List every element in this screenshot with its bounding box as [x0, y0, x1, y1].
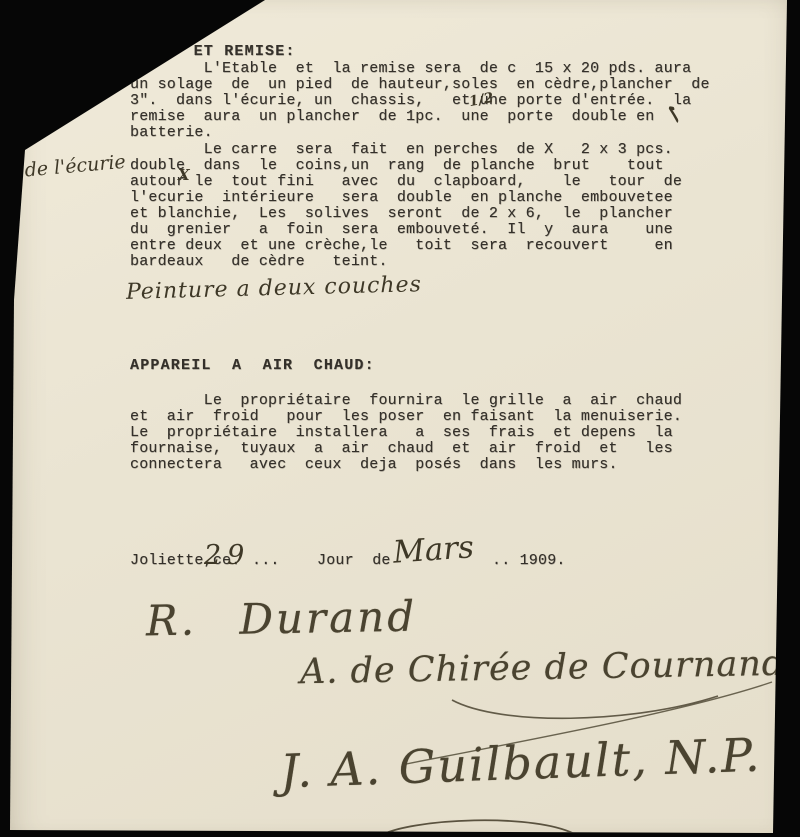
- scanned-document: E ET REMISE: L'Etable et la remise sera …: [0, 0, 800, 837]
- handwritten-paint-note: Peinture a deux couches: [126, 272, 422, 305]
- section-heading-appareil: APPAREIL A AIR CHAUD:: [130, 358, 375, 374]
- signature-1: R. Durand: [146, 592, 418, 646]
- paragraph-appareil: Le propriétaire fournira le grille a air…: [130, 393, 682, 473]
- dateline-day-handwritten: 29: [204, 540, 250, 571]
- margin-annotation: X de l'écurie: [4, 151, 126, 183]
- dateline-jour: Jour de: [317, 553, 391, 569]
- dateline-month-handwritten: Mars: [392, 529, 475, 571]
- signature-2: A. de Chirée de Cournand: [300, 644, 786, 692]
- paragraph-carre: Le carre sera fait en perches de X 2 x 3…: [130, 142, 682, 270]
- dateline-year: .. 1909.: [492, 553, 566, 569]
- signature-3: J. A. Guilbault, N.P.: [279, 728, 762, 799]
- paper-sheet: E ET REMISE: L'Etable et la remise sera …: [0, 0, 800, 837]
- section-heading-etable-remise: E ET REMISE:: [163, 44, 296, 60]
- dateline-dots: ...: [252, 553, 280, 569]
- handwritten-x-mark: X: [178, 166, 190, 184]
- paragraph-etable: L'Etable et la remise sera de c 15 x 20 …: [130, 61, 710, 141]
